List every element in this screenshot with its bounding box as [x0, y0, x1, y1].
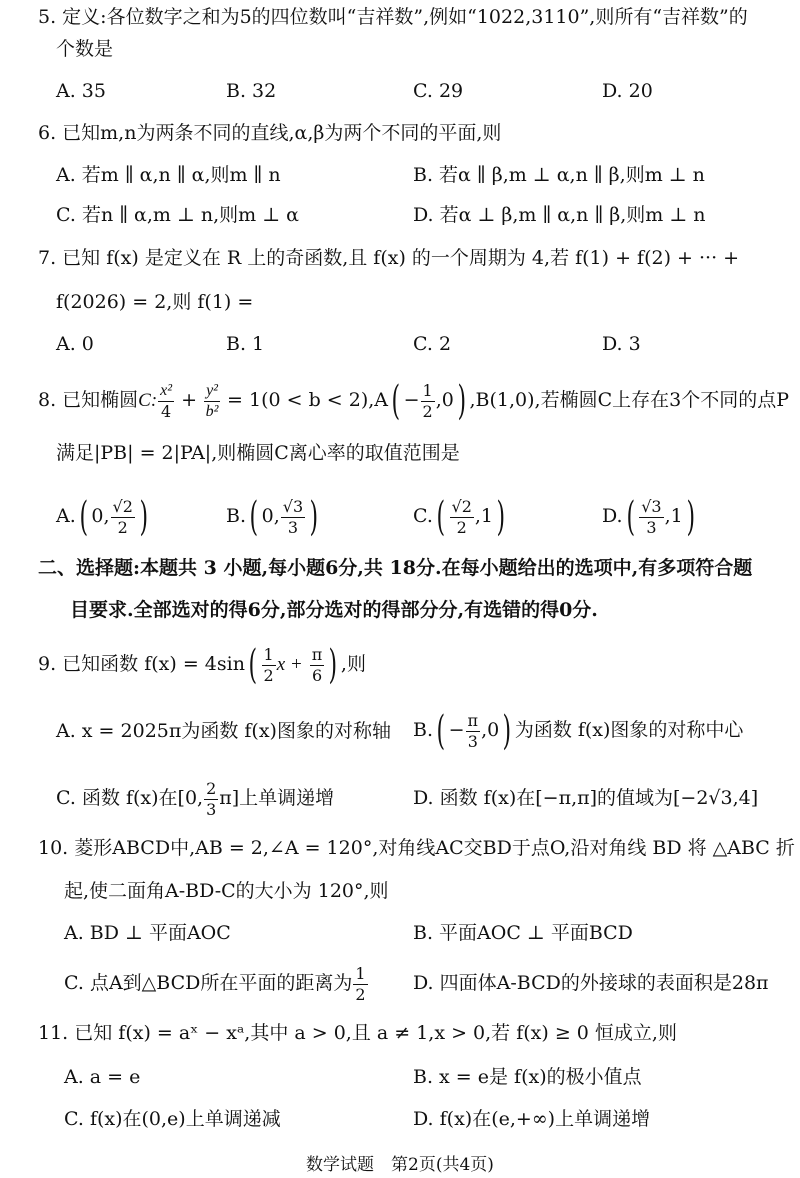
q7-option-a: A. 0	[56, 329, 94, 359]
q8-pointA-frac: 12	[421, 383, 435, 420]
q11-option-d: D. f(x)在(e,+∞)上单调递增	[413, 1104, 650, 1134]
q10-option-b: B. 平面AOC ⊥ 平面BCD	[413, 918, 633, 948]
q11-stem: 11. 已知 f(x) = aˣ − xᵃ,其中 a > 0,且 a ≠ 1,x…	[38, 1018, 677, 1048]
q9-option-c: C. 函数 f(x)在[0,23π]上单调递增	[56, 770, 334, 826]
q10-option-d: D. 四面体A-BCD的外接球的表面积是28π	[413, 968, 769, 998]
q8-prefix: 8. 已知椭圆	[38, 389, 138, 411]
q8-option-c: C.(√22,1)	[413, 488, 509, 544]
q10-option-a: A. BD ⊥ 平面AOC	[64, 918, 231, 948]
q7-option-b: B. 1	[226, 329, 264, 359]
q7-stem-line2: f(2026) = 2,则 f(1) =	[56, 287, 253, 317]
q8-stem-line1: 8. 已知椭圆C:x²4 + y²b² = 1(0 < b < 2),A(−12…	[38, 372, 789, 429]
section2-heading-line2: 目要求.全部选对的得6分,部分选对的得部分分,有选错的得0分.	[70, 595, 598, 625]
q11-option-c: C. f(x)在(0,e)上单调递减	[64, 1104, 281, 1134]
q8-y-frac: y²b²	[204, 383, 220, 420]
q8-option-d: D.(√33,1)	[602, 488, 698, 544]
q6-option-a: A. 若m ∥ α,n ∥ α,则m ∥ n	[56, 160, 281, 190]
q10-stem-line1: 10. 菱形ABCD中,AB = 2,∠A = 120°,对角线AC交BD于点O…	[38, 833, 795, 863]
q8-option-a: A.(0,√22)	[56, 488, 152, 544]
q6-option-c: C. 若n ∥ α,m ⊥ n,则m ⊥ α	[56, 200, 299, 230]
q5-option-a: A. 35	[56, 76, 106, 106]
q11-option-b: B. x = e是 f(x)的极小值点	[413, 1062, 642, 1092]
q5-option-d: D. 20	[602, 76, 653, 106]
q9-option-b: B.(−π3,0)为函数 f(x)图象的对称中心	[413, 702, 743, 758]
q7-stem-line1: 7. 已知 f(x) 是定义在 R 上的奇函数,且 f(x) 的一个周期为 4,…	[38, 243, 739, 273]
q7-option-d: D. 3	[602, 329, 641, 359]
q5-stem-line2: 个数是	[56, 34, 113, 64]
q7-option-c: C. 2	[413, 329, 451, 359]
q5-option-b: B. 32	[226, 76, 276, 106]
q9-option-a: A. x = 2025π为函数 f(x)图象的对称轴	[56, 716, 391, 746]
q11-option-a: A. a = e	[64, 1062, 140, 1092]
q10-option-c: C. 点A到△BCD所在平面的距离为12	[64, 955, 369, 1011]
section2-heading-line1: 二、选择题:本题共 3 小题,每小题6分,共 18分.在每小题给出的选项中,有多…	[38, 553, 752, 583]
q8-stem-line2: 满足|PB| = 2|PA|,则椭圆C离心率的取值范围是	[56, 438, 460, 468]
q5-stem-line1: 5. 定义:各位数字之和为5的四位数叫“吉祥数”,例如“1022,3110”,则…	[38, 2, 748, 32]
q8-line1-tail: ,B(1,0),若椭圆C上存在3个不同的点P	[469, 389, 789, 411]
q5-option-c: C. 29	[413, 76, 463, 106]
page-footer: 数学试题 第2页(共4页)	[0, 1150, 800, 1175]
q6-option-b: B. 若α ∥ β,m ⊥ α,n ∥ β,则m ⊥ n	[413, 160, 705, 190]
q6-option-d: D. 若α ⊥ β,m ∥ α,n ∥ β,则m ⊥ n	[413, 200, 706, 230]
q8-x-frac: x²4	[158, 383, 174, 420]
q8-eq-tail: = 1(0 < b < 2),A	[227, 389, 388, 411]
q10-stem-line2: 起,使二面角A-BD-C的大小为 120°,则	[64, 876, 389, 906]
q8-option-b: B.(0,√33)	[226, 488, 322, 544]
q8-ellipse-name: C:	[138, 390, 157, 411]
q9-stem: 9. 已知函数 f(x) = 4sin(12x + π6),则	[38, 636, 366, 693]
q9-option-d: D. 函数 f(x)在[−π,π]的值域为[−2√3,4]	[413, 783, 758, 813]
q6-stem: 6. 已知m,n为两条不同的直线,α,β为两个不同的平面,则	[38, 118, 501, 148]
